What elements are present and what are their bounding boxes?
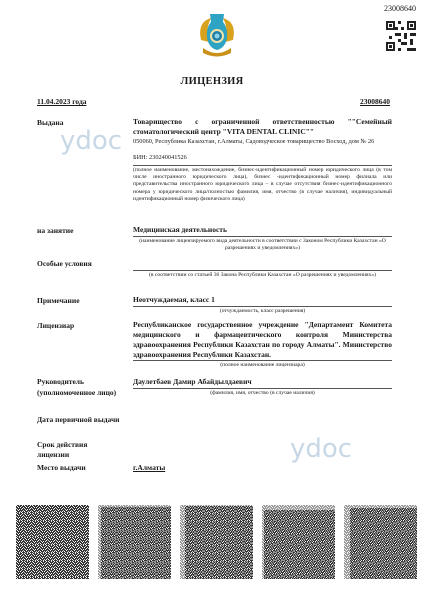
- validity-label-line2: лицензии: [37, 450, 69, 460]
- head-hint: (фамилия, имя, отчество (в случае наличи…: [133, 388, 392, 397]
- licensor-label: Лицензиар: [37, 321, 74, 331]
- note-label: Примечание: [37, 296, 80, 306]
- watermark: ydoc: [290, 434, 352, 464]
- qr-code-bottom: [98, 505, 171, 579]
- qr-code-top: [386, 20, 416, 52]
- qr-code-bottom: [16, 505, 89, 579]
- activity-label: на занятие: [37, 226, 73, 236]
- licensor-value: Республиканское государственное учрежден…: [133, 320, 392, 360]
- activity-value: Медицинская деятельность: [133, 225, 392, 235]
- page-title: ЛИЦЕНЗИЯ: [0, 76, 424, 87]
- license-number: 23008640: [360, 97, 390, 106]
- note-value: Неотчуждаемая, класс 1: [133, 295, 392, 305]
- head-label-line1: Руководитель: [37, 377, 84, 387]
- issued-to-address: 050060, Республика Казахстан, г.Алматы, …: [133, 138, 392, 146]
- issued-to-name: Товарищество с ограниченной ответственно…: [133, 117, 392, 137]
- head-label-line2: (уполномоченное лицо): [37, 388, 116, 398]
- state-emblem-icon: [195, 10, 239, 60]
- validity-label-line1: Срок действия: [37, 440, 87, 450]
- special-conditions-hint: (в соответствии со статьей 36 Закона Рес…: [133, 270, 392, 279]
- place-label: Место выдачи: [37, 463, 86, 473]
- qr-code-bottom: [344, 505, 417, 579]
- first-issue-date-label: Дата первичной выдачи: [37, 415, 120, 425]
- place-value: г.Алматы: [133, 463, 165, 473]
- qr-code-bottom: [262, 505, 335, 579]
- issued-to-hint: (полное наименование, местонахождение, б…: [133, 165, 392, 203]
- special-conditions-label: Особые условия: [37, 259, 92, 269]
- activity-hint: (наименование лицензируемого вида деятел…: [133, 236, 392, 252]
- issue-date: 11.04.2023 года: [37, 97, 87, 106]
- note-hint: (отчуждаемость, класс разрешения): [133, 306, 392, 315]
- issued-to-bin: БИН: 230240041526: [133, 154, 392, 162]
- qr-code-bottom: [180, 505, 253, 579]
- head-value: Даулетбаев Дамир Абайдылдаевич: [133, 377, 392, 387]
- document-number-top: 23008640: [384, 4, 416, 13]
- licensor-hint: (полное наименование лицензиара): [133, 360, 392, 369]
- watermark: ydoc: [60, 126, 122, 156]
